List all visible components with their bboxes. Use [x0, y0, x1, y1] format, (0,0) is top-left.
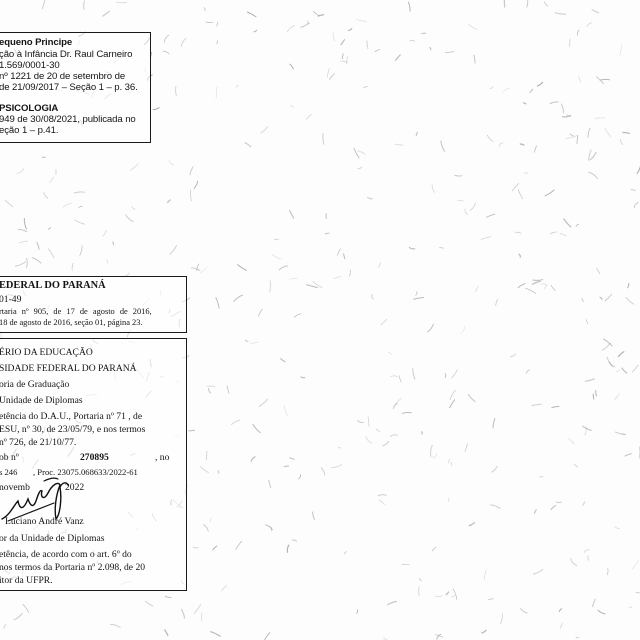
book-label: s 246 [0, 467, 17, 477]
school-ordinance-publication: de 21/09/2017 – Seção 1 – p. 36. [0, 82, 138, 93]
ufpr-accreditation-stamp: EDERAL DO PARANÁ 01-49 rtaria nº 905, de… [0, 276, 187, 333]
registration-suffix: , no [155, 452, 169, 463]
date-year: 2022 [65, 482, 84, 493]
office-name: oria de Graduação [0, 379, 69, 390]
course-ordinance-section: eção 1 – p.41. [0, 125, 58, 136]
course-ordinance: 949 de 30/08/2021, publicada no [0, 114, 136, 125]
authority-line-2: ESU, nº 30, de 23/05/79, e nos termos [0, 424, 145, 435]
authority-line-1: etência do D.A.U., Portaria nº 71 , de [0, 411, 142, 422]
ufpr-cnpj: 01-49 [0, 294, 21, 305]
ufpr-ordinance-publication: 18 de agosto de 2016, seção 01, página 2… [0, 318, 143, 327]
signatory-name: Luciano André Vanz [5, 516, 84, 527]
registration-label: ob nº [0, 452, 19, 463]
authority-line-3: nº 726, de 21/10/77. [0, 437, 76, 448]
ministry-name: ÉRIO DA EDUCAÇÃO [0, 347, 93, 358]
school-name: equeno Principe [0, 37, 72, 48]
delegation-line-2: nos termos da Portaria nº 2.098, de 20 [0, 562, 145, 573]
delegation-line-3: itor da UFPR. [0, 575, 53, 586]
school-ordinance: nº 1221 de 20 de setembro de [0, 71, 125, 82]
course-name: PSICOLOGIA [0, 103, 58, 114]
maintainer-name: ção à Infância Dr. Raul Carneiro [0, 49, 132, 60]
ufpr-ordinance: rtaria nº 905, de 17 de agosto de 2016, [0, 307, 152, 316]
delegation-line-1: etência, de acordo com o art. 6º do [0, 549, 132, 560]
ufpr-name: EDERAL DO PARANÁ [0, 280, 106, 291]
signatory-role: or da Unidade de Diplomas [0, 533, 105, 544]
diploma-registration-stamp: ÉRIO DA EDUCAÇÃO SIDADE FEDERAL DO PARAN… [0, 338, 187, 591]
registration-number: 270895 [80, 452, 109, 463]
date-month: novemb [0, 482, 30, 493]
unit-name: Unidade de Diplomas [0, 395, 83, 406]
university-name: SIDADE FEDERAL DO PARANÁ [0, 363, 137, 374]
school-accreditation-stamp: equeno Principe ção à Infância Dr. Raul … [0, 32, 151, 143]
cnpj-number: 1.569/0001-30 [0, 60, 60, 71]
process-number: , Proc. 23075.068633/2022-61 [33, 467, 138, 477]
